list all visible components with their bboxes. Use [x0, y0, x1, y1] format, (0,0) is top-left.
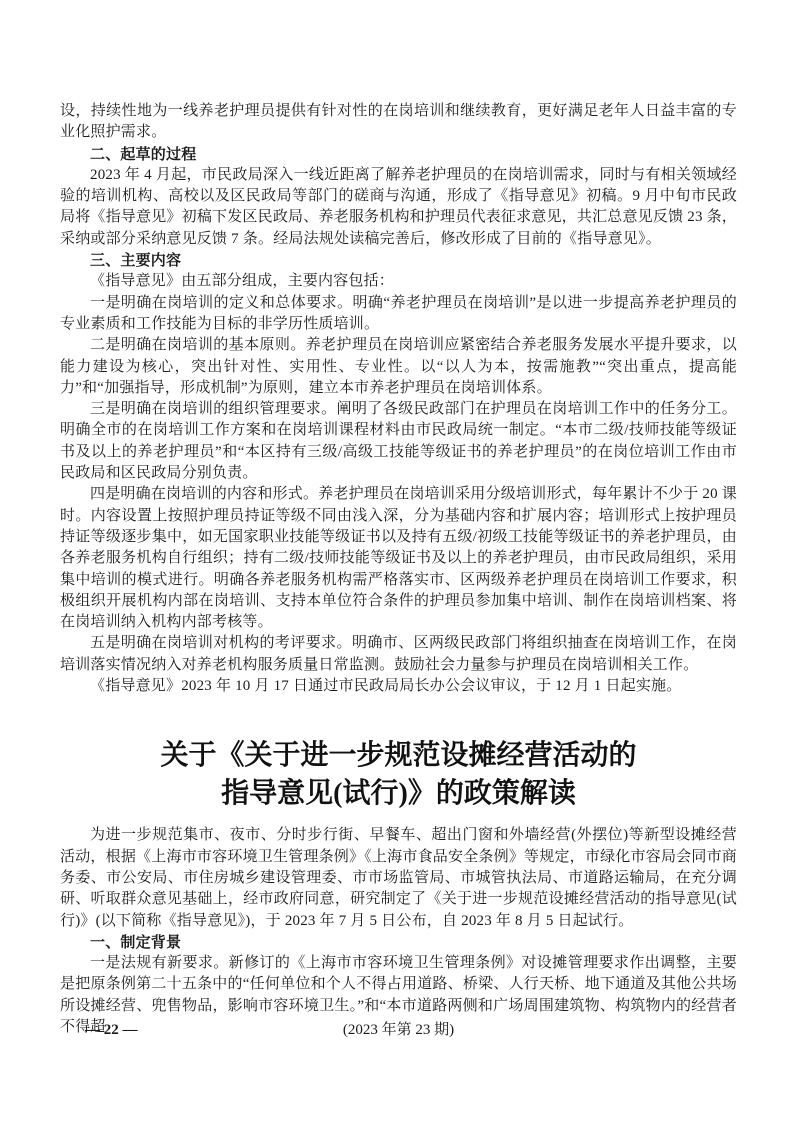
paragraph: 一是明确在岗培训的定义和总体要求。明确“养老护理员在岗培训”是以进一步提高养老护… — [60, 293, 737, 336]
paragraph: 三、主要内容 — [60, 250, 737, 271]
paragraph: 四是明确在岗培训的内容和形式。养老护理员在岗培训采用分级培训形式，每年累计不少于… — [60, 484, 737, 633]
document-page: 设，持续性地为一线养老护理员提供有针对性的在岗培训和继续教育，更好满足老年人日益… — [0, 0, 793, 1122]
article-elder-care-training: 设，持续性地为一线养老护理员提供有针对性的在岗培训和继续教育，更好满足老年人日益… — [60, 101, 737, 697]
paragraph: 二是明确在岗培训的基本原则。养老护理员在岗培训应紧密结合养老服务发展水平提升要求… — [60, 335, 737, 399]
paragraph: 设，持续性地为一线养老护理员提供有针对性的在岗培训和继续教育，更好满足老年人日益… — [60, 101, 737, 144]
paragraph: 2023 年 4 月起，市民政局深入一线近距离了解养老护理员的在岗培训需求，同时… — [60, 165, 737, 250]
paragraph: 五是明确在岗培训对机构的考评要求。明确市、区两级民政部门将组织抽查在岗培训工作，… — [60, 633, 737, 676]
article-street-vending-title: 关于《关于进一步规范设摊经营活动的 指导意见(试行)》的政策解读 — [60, 737, 737, 813]
issue-number: (2023 年第 23 期) — [60, 1020, 737, 1041]
paragraph: 为进一步规范集市、夜市、分时步行街、早餐车、超出门窗和外墙经营(外摆位)等新型设… — [60, 825, 737, 931]
page-content: 设，持续性地为一线养老护理员提供有针对性的在岗培训和继续教育，更好满足老年人日益… — [60, 101, 737, 1038]
paragraph: 三是明确在岗培训的组织管理要求。阐明了各级民政部门在护理员在岗培训工作中的任务分… — [60, 399, 737, 484]
paragraph: 《指导意见》由五部分组成，主要内容包括： — [60, 271, 737, 292]
article-street-vending: 为进一步规范集市、夜市、分时步行街、早餐车、超出门窗和外墙经营(外摆位)等新型设… — [60, 825, 737, 1038]
page-footer: — 22 — (2023 年第 23 期) — [60, 1020, 737, 1042]
title-line-1: 关于《关于进一步规范设摊经营活动的 — [60, 737, 737, 775]
paragraph: 《指导意见》2023 年 10 月 17 日通过市民政局局长办公会议审议，于 1… — [60, 676, 737, 697]
title-line-2: 指导意见(试行)》的政策解读 — [60, 775, 737, 813]
paragraph: 一、制定背景 — [60, 932, 737, 953]
paragraph: 二、起草的过程 — [60, 144, 737, 165]
